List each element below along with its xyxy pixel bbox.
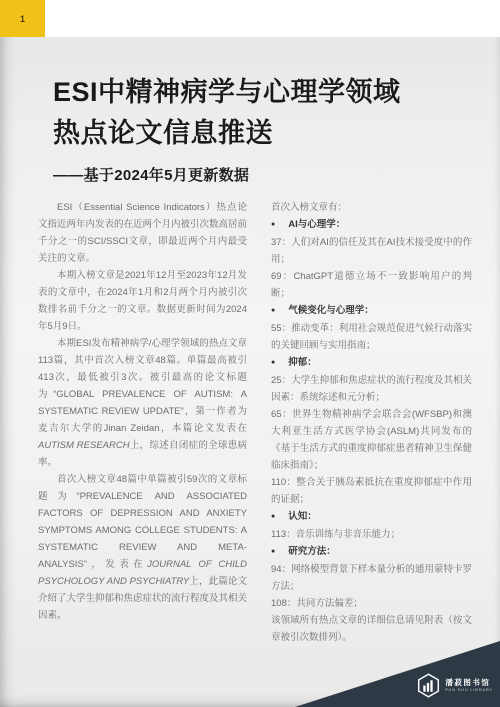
title-line-1: ESI中精神病学与心理学领域 [53, 72, 473, 113]
list-intro: 首次入榜文章有： [271, 199, 472, 216]
paragraph: 首次入榜文章48篇中单篇被引59次的文章标题为“PREVALENCE AND A… [38, 471, 247, 624]
right-column: 首次入榜文章有： ●AI与心理学：37：人们对AI的信任及其在AI技术接受度中的… [271, 199, 472, 646]
paper-item: 108：共同方法偏差； [271, 595, 472, 612]
paper-item: 69：ChatGPT道德立场不一致影响用户的判断； [271, 268, 472, 302]
bullet-icon: ● [271, 216, 275, 233]
topic-heading-label: 抑郁： [288, 354, 317, 371]
topic-heading-label: 研究方法： [288, 543, 336, 560]
logo-name-cn: 潘菽图书馆 [445, 679, 493, 687]
top-white-bar: 1 [0, 0, 500, 37]
paper-item: 94：网络模型背景下样本量分析的通用蒙特卡罗方法； [271, 561, 472, 595]
page-number-badge: 1 [0, 0, 45, 37]
paragraph-text: ESI（Essential Science Indicators）热点论文指近两… [38, 202, 247, 264]
left-column: ESI（Essential Science Indicators）热点论文指近两… [38, 199, 247, 646]
paper-item: 113：音乐训练与非音乐能力； [271, 526, 472, 543]
bullet-icon: ● [271, 302, 275, 319]
paper-item: 65：世界生物精神病学会联合会(WFSBP)和澳大利亚生活方式医学协会(ASLM… [271, 406, 472, 474]
paragraph-text: 首次入榜文章48篇中单篇被引59次的文章标题为“PREVALENCE AND A… [38, 474, 247, 570]
paragraph: 本期ESI发布精神病学/心理学领域的热点文章113篇，其中首次入榜文章48篇。单… [38, 335, 247, 471]
title-line-2: 热点论文信息推送 [53, 113, 473, 154]
topic-heading-label: 气候变化与心理学： [288, 302, 374, 319]
topic-heading: ●研究方法： [271, 543, 472, 561]
topic-heading-label: 认知： [288, 508, 317, 525]
topic-heading: ●认知： [271, 508, 472, 526]
closing-paragraph: 该领域所有热点文章的详细信息请见附表（按文章被引次数排列）。 [271, 612, 472, 646]
title-block: ESI中精神病学与心理学领域 热点论文信息推送 ——基于2024年5月更新数据 [53, 72, 473, 185]
body-columns: ESI（Essential Science Indicators）热点论文指近两… [38, 199, 472, 646]
paragraph-text: 本期入榜文章是2021年12月至2023年12月发表的文章中，在2024年1月和… [38, 270, 247, 332]
hexagon-bar-chart-icon [416, 673, 441, 698]
logo-name-en: PAN SHU LIBRARY [445, 688, 493, 692]
topic-heading: ●抑郁： [271, 354, 472, 372]
topic-heading: ●AI与心理学： [271, 216, 472, 234]
topic-heading-label: AI与心理学： [288, 216, 345, 233]
paper-item: 25：大学生抑郁和焦虑症状的流行程度及其相关因素：系统综述和元分析； [271, 372, 472, 406]
bullet-icon: ● [271, 354, 275, 371]
paper-item: 55：推动变革：利用社会规范促进气候行动落实的关键回顾与实用指南； [271, 320, 472, 354]
paragraph: 本期入榜文章是2021年12月至2023年12月发表的文章中，在2024年1月和… [38, 267, 247, 335]
page-number: 1 [20, 14, 25, 24]
paragraph-text: 本期ESI发布精神病学/心理学领域的热点文章113篇，其中首次入榜文章48篇。单… [38, 338, 247, 434]
journal-name: AUTISM RESEARCH [38, 440, 130, 451]
library-logo: 潘菽图书馆 PAN SHU LIBRARY [416, 673, 493, 698]
subtitle: ——基于2024年5月更新数据 [53, 164, 473, 185]
logo-text: 潘菽图书馆 PAN SHU LIBRARY [445, 679, 493, 693]
paragraph: ESI（Essential Science Indicators）热点论文指近两… [38, 199, 247, 267]
paper-item: 110：整合关于胰岛素抵抗在重度抑郁症中作用的证据； [271, 474, 472, 508]
page-title: ESI中精神病学与心理学领域 热点论文信息推送 [53, 72, 473, 154]
topic-list: ●AI与心理学：37：人们对AI的信任及其在AI技术接受度中的作用；69：Cha… [271, 216, 472, 612]
document-page: 1 ESI中精神病学与心理学领域 热点论文信息推送 ——基于2024年5月更新数… [0, 0, 500, 707]
topic-heading: ●气候变化与心理学： [271, 302, 472, 320]
bullet-icon: ● [271, 508, 275, 525]
paper-item: 37：人们对AI的信任及其在AI技术接受度中的作用； [271, 234, 472, 268]
bullet-icon: ● [271, 543, 275, 560]
